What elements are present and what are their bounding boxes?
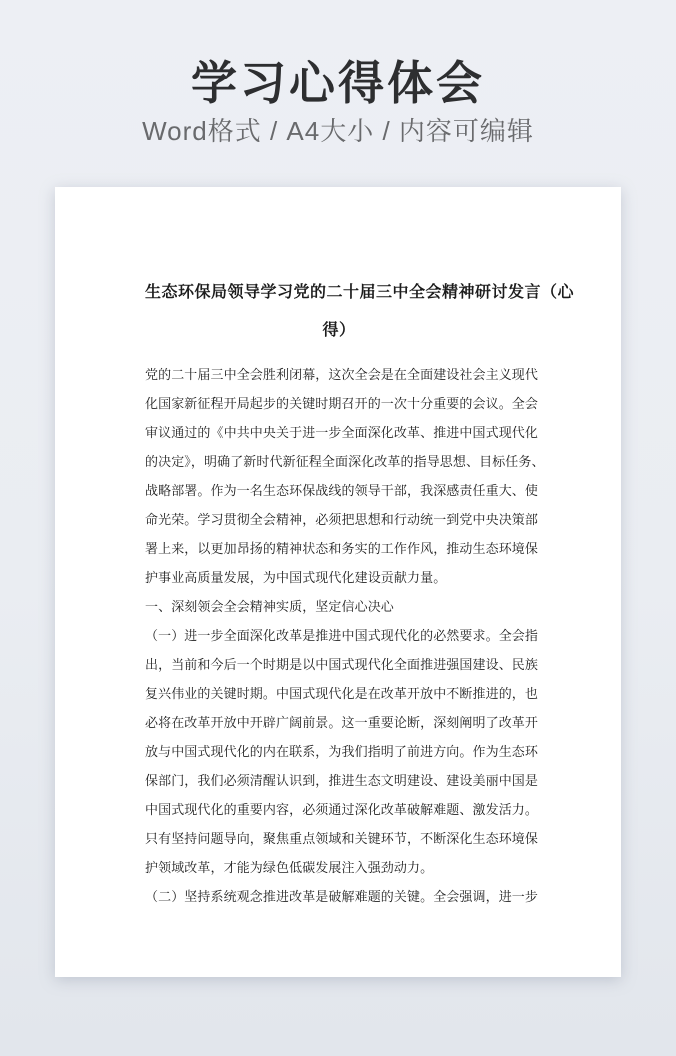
document-body: 党的二十届三中全会胜利闭幕，这次全会是在全面建设社会主义现代化国家新征程开局起步… bbox=[145, 360, 533, 911]
page-subtitle: Word格式 / A4大小 / 内容可编辑 bbox=[0, 116, 676, 146]
document-body-line: 化国家新征程开局起步的关键时期召开的一次十分重要的会议。全会 bbox=[145, 389, 533, 418]
document-page-preview: 生态环保局领导学习党的二十届三中全会精神研讨发言（心得） 党的二十届三中全会胜利… bbox=[55, 187, 621, 977]
document-body-line: 放与中国式现代化的内在联系，为我们指明了前进方向。作为生态环 bbox=[145, 737, 533, 766]
document-body-line: 审议通过的《中共中央关于进一步全面深化改革、推进中国式现代化 bbox=[145, 418, 533, 447]
document-body-line: 的决定》，明确了新时代新征程全面深化改革的指导思想、目标任务、 bbox=[145, 447, 533, 476]
document-body-line: （一）进一步全面深化改革是推进中国式现代化的必然要求。全会指 bbox=[145, 621, 533, 650]
template-preview-page: { "header": { "title": "学习心得体会", "subtit… bbox=[0, 0, 676, 1056]
document-title-line: 生态环保局领导学习党的二十届三中全会精神研讨发言（心 bbox=[145, 274, 533, 312]
page-title: 学习心得体会 bbox=[0, 58, 676, 108]
document-body-line: 护领域改革，才能为绿色低碳发展注入强劲动力。 bbox=[145, 853, 533, 882]
document-body-line: 护事业高质量发展，为中国式现代化建设贡献力量。 bbox=[145, 563, 533, 592]
document-body-line: 只有坚持问题导向，聚焦重点领域和关键环节，不断深化生态环境保 bbox=[145, 824, 533, 853]
document-body-line: 保部门，我们必须清醒认识到，推进生态文明建设、建设美丽中国是 bbox=[145, 766, 533, 795]
document-title: 生态环保局领导学习党的二十届三中全会精神研讨发言（心得） bbox=[145, 274, 533, 350]
document-body-line: 中国式现代化的重要内容，必须通过深化改革破解难题、激发活力。 bbox=[145, 795, 533, 824]
page-header: 学习心得体会 Word格式 / A4大小 / 内容可编辑 bbox=[0, 0, 676, 146]
document-body-line: 命光荣。学习贯彻全会精神，必须把思想和行动统一到党中央决策部 bbox=[145, 505, 533, 534]
document-body-line: 党的二十届三中全会胜利闭幕，这次全会是在全面建设社会主义现代 bbox=[145, 360, 533, 389]
document-body-line: 署上来，以更加昂扬的精神状态和务实的工作作风，推动生态环境保 bbox=[145, 534, 533, 563]
document-body-line: 必将在改革开放中开辟广阔前景。这一重要论断，深刻阐明了改革开 bbox=[145, 708, 533, 737]
document-body-line: 战略部署。作为一名生态环保战线的领导干部，我深感责任重大、使 bbox=[145, 476, 533, 505]
document-title-line: 得） bbox=[145, 312, 533, 350]
document-body-line: 一、深刻领会全会精神实质，坚定信心决心 bbox=[145, 592, 533, 621]
document-body-line: 出，当前和今后一个时期是以中国式现代化全面推进强国建设、民族 bbox=[145, 650, 533, 679]
document-body-line: 复兴伟业的关键时期。中国式现代化是在改革开放中不断推进的，也 bbox=[145, 679, 533, 708]
document-body-line: （二）坚持系统观念推进改革是破解难题的关键。全会强调，进一步 bbox=[145, 882, 533, 911]
